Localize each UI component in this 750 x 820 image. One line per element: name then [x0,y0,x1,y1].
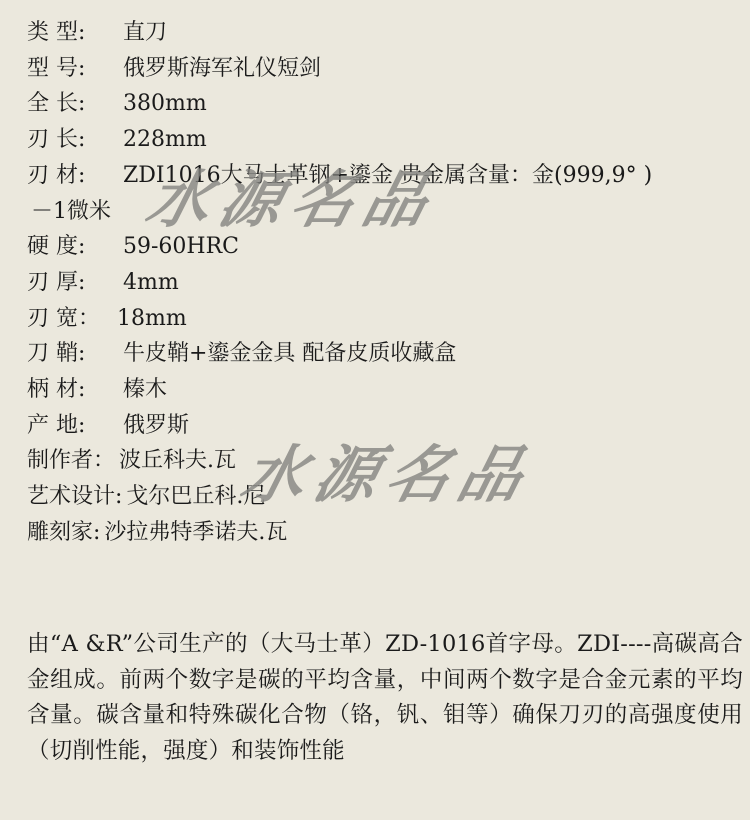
spec-label: 型 号: [27,51,123,87]
spec-row-hardness: 硬 度:59-60HRC [27,229,747,265]
description-paragraph: 由“A &R”公司生产的（大马士革）ZD-1016首字母。ZDI----高碳高合… [27,627,743,769]
spec-row-origin: 产 地:俄罗斯 [27,408,747,444]
spec-value: 戈尔巴丘科.尼 [126,479,265,515]
spec-value: 榛木 [123,372,167,408]
spec-label: 类 型: [27,15,123,51]
spec-value: 波丘科夫.瓦 [119,443,236,479]
spec-value: 直刀 [123,15,167,51]
spec-value: 18mm [117,301,187,337]
spec-row-type: 类 型:直刀 [27,15,747,51]
spec-row-handle-material: 柄 材:榛木 [27,372,747,408]
spec-value: 俄罗斯海军礼仪短剑 [123,51,321,87]
spec-value: 4mm [123,265,179,301]
spec-row-art-design: 艺术设计:戈尔巴丘科.尼 [27,479,747,515]
spec-label: 硬 度: [27,229,123,265]
spec-value: 59-60HRC [123,229,239,265]
spec-label: 产 地: [27,408,123,444]
spec-value: 牛皮鞘+鎏金金具 配备皮质收藏盒 [123,336,456,372]
spec-label: 刀 鞘: [27,336,123,372]
spec-row-blade-length: 刃 长:228mm [27,122,747,158]
spec-label: 柄 材: [27,372,123,408]
spec-row-blade-material: 刃 材:ZDI1016大马士革钢+鎏金 贵金属含量：金(999,9° ) [27,158,747,194]
spec-label: 刃 宽： [27,301,117,337]
spec-label: 刃 长: [27,122,123,158]
spec-value: 沙拉弗特季诺夫.瓦 [104,515,287,551]
spec-value: 俄罗斯 [123,408,189,444]
spec-row-maker: 制作者：波丘科夫.瓦 [27,443,747,479]
spec-value-continuation: －1微米 [31,199,111,224]
spec-label: 雕刻家: [27,515,100,551]
spec-value: 228mm [123,122,207,158]
spec-row-overall-length: 全 长:380mm [27,86,747,122]
spec-label: 全 长: [27,86,123,122]
spec-row-blade-width: 刃 宽：18mm [27,301,747,337]
spec-value: 380mm [123,86,207,122]
spec-label: 艺术设计: [27,479,122,515]
spec-row-engraver: 雕刻家:沙拉弗特季诺夫.瓦 [27,515,747,551]
spec-row-blade-thickness: 刃 厚:4mm [27,265,747,301]
spec-label: 刃 厚: [27,265,123,301]
spec-label: 刃 材: [27,158,123,194]
spec-list: 类 型:直刀 型 号:俄罗斯海军礼仪短剑 全 长:380mm 刃 长:228mm… [27,15,747,551]
spec-row-sheath: 刀 鞘:牛皮鞘+鎏金金具 配备皮质收藏盒 [27,336,747,372]
spec-row-blade-material-continuation: －1微米 [27,194,747,230]
spec-row-model: 型 号:俄罗斯海军礼仪短剑 [27,51,747,87]
spec-value: ZDI1016大马士革钢+鎏金 贵金属含量：金(999,9° ) [123,158,652,194]
spec-label: 制作者： [27,443,115,479]
